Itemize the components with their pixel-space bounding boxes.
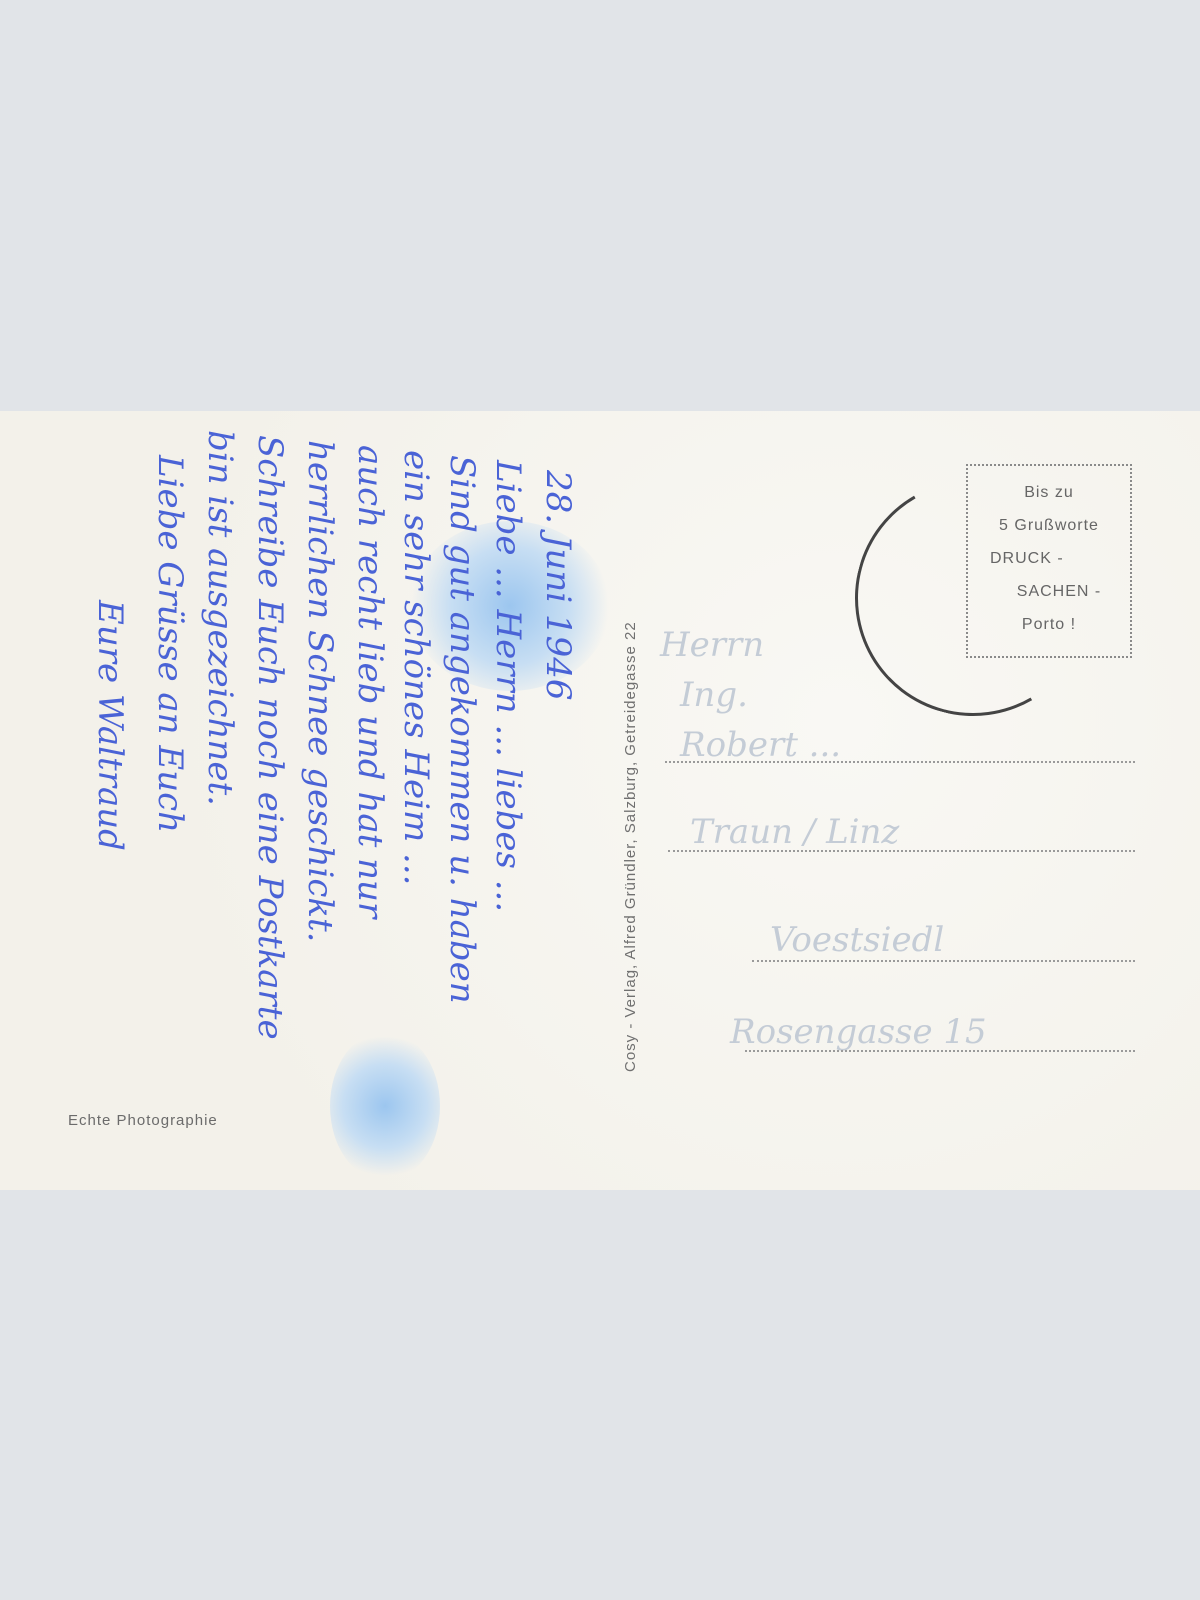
- message-line: Sind gut angekommen u. haben: [442, 455, 482, 1004]
- stamp-box-line: 5 Grußworte: [968, 509, 1130, 542]
- stamp-box-line: Porto !: [968, 608, 1130, 641]
- stamp-box-line: SACHEN -: [968, 575, 1130, 608]
- message-line: Liebe ... Herrn ... liebes ...: [488, 460, 528, 912]
- ink-stain: [330, 1031, 440, 1181]
- address-line: Traun / Linz: [690, 812, 899, 852]
- address-line: Ing.: [680, 675, 748, 715]
- message-line: Liebe Grüsse an Euch: [150, 455, 190, 833]
- message-line: herrlichen Schnee geschickt.: [300, 440, 340, 942]
- message-line: Schreibe Euch noch eine Postkarte: [250, 435, 290, 1040]
- message-line: auch recht lieb und hat nur: [350, 445, 390, 918]
- address-line: Herrn: [660, 625, 764, 665]
- publisher-imprint: Cosy - Verlag, Alfred Gründler, Salzburg…: [622, 621, 639, 1072]
- address-rule: [745, 1050, 1135, 1052]
- message-line: 28. Juni 1946: [538, 470, 578, 701]
- photo-label: Echte Photographie: [68, 1112, 218, 1129]
- address-rule: [665, 761, 1135, 763]
- signature: Eure Waltraud: [90, 600, 130, 851]
- message-line: ein sehr schönes Heim ...: [396, 450, 436, 885]
- stamp-box-line: DRUCK -: [968, 542, 1130, 575]
- stamp-box: Bis zu 5 Grußworte DRUCK - SACHEN - Port…: [966, 464, 1132, 658]
- address-line: Robert ...: [680, 725, 841, 765]
- address-line: Rosengasse 15: [730, 1012, 987, 1052]
- message-line: bin ist ausgezeichnet.: [200, 430, 240, 806]
- address-rule: [668, 850, 1135, 852]
- stamp-box-line: Bis zu: [968, 476, 1130, 509]
- address-line: Voestsiedl: [770, 920, 944, 960]
- address-rule: [752, 960, 1135, 962]
